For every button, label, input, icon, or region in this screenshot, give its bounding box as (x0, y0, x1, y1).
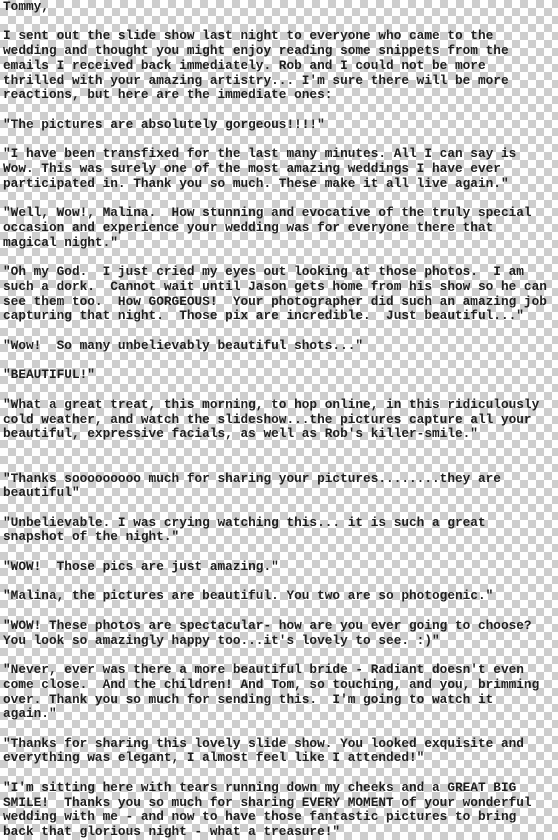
text-line (3, 442, 558, 457)
text-line: "Well, Wow!, Malina. How stunning and ev… (3, 206, 558, 221)
text-line: occasion and experience your wedding was… (3, 221, 558, 236)
text-line: everything was elegant, I almost feel li… (3, 751, 558, 766)
text-line: "WOW! Those pics are just amazing." (3, 560, 558, 575)
text-line: "Oh my God. I just cried my eyes out loo… (3, 265, 558, 280)
text-line: magical night." (3, 236, 558, 251)
text-line: "Thanks sooooooooo much for sharing your… (3, 472, 558, 487)
text-line: thrilled with your amazing artistry... I… (3, 74, 558, 89)
text-line (3, 604, 558, 619)
text-line: participated in. Thank you so much. Thes… (3, 177, 558, 192)
text-line: emails I received back immediately. Rob … (3, 59, 558, 74)
text-line: "Unbelievable. I was crying watching thi… (3, 516, 558, 531)
text-line (3, 15, 558, 30)
text-line (3, 575, 558, 590)
text-line (3, 133, 558, 148)
text-line (3, 383, 558, 398)
text-line (3, 324, 558, 339)
text-line: "Wow! So many unbelievably beautiful sho… (3, 339, 558, 354)
text-line (3, 501, 558, 516)
text-line (3, 192, 558, 207)
text-line: "I have been transfixed for the last man… (3, 147, 558, 162)
text-line: again." (3, 707, 558, 722)
text-line: "Malina, the pictures are beautiful. You… (3, 589, 558, 604)
text-line: beautiful" (3, 486, 558, 501)
text-line (3, 766, 558, 781)
letter-document: Tommy,I sent out the slide show last nig… (3, 0, 558, 840)
text-line: Tommy, (3, 0, 558, 15)
text-line (3, 103, 558, 118)
transparency-canvas: Tommy,I sent out the slide show last nig… (0, 0, 558, 840)
text-line: You look so amazingly happy too...it's l… (3, 634, 558, 649)
text-line: back that glorious night - what a treasu… (3, 825, 558, 840)
text-line: "Thanks for sharing this lovely slide sh… (3, 737, 558, 752)
text-line (3, 722, 558, 737)
text-line: SMILE! Thanks you so much for sharing EV… (3, 796, 558, 811)
text-line (3, 457, 558, 472)
text-line: wedding with me - and now to have those … (3, 810, 558, 825)
text-line: "The pictures are absolutely gorgeous!!!… (3, 118, 558, 133)
text-line: beautiful, expressive facials, as well a… (3, 427, 558, 442)
text-line: "WOW! These photos are spectacular- how … (3, 619, 558, 634)
text-line: capturing that night. Those pix are incr… (3, 309, 558, 324)
text-line: such a dork. Cannot wait until Jason get… (3, 280, 558, 295)
text-line: snapshot of the night." (3, 530, 558, 545)
text-line (3, 354, 558, 369)
text-line: "BEAUTIFUL!" (3, 368, 558, 383)
text-line: "Never, ever was there a more beautiful … (3, 663, 558, 678)
text-line (3, 250, 558, 265)
text-line: reactions, but here are the immediate on… (3, 88, 558, 103)
text-line: I sent out the slide show last night to … (3, 29, 558, 44)
text-line: come close. And the children! And Tom, s… (3, 678, 558, 693)
text-line: Wow. This was surely one of the most ama… (3, 162, 558, 177)
text-line: over. Thank you so much for sending this… (3, 693, 558, 708)
text-line: see them too. How GORGEOUS! Your photogr… (3, 295, 558, 310)
text-line: "I'm sitting here with tears running dow… (3, 781, 558, 796)
text-line: cold weather, and watch the slideshow...… (3, 413, 558, 428)
text-line (3, 545, 558, 560)
text-line: wedding and thought you might enjoy read… (3, 44, 558, 59)
text-line: "What a great treat, this morning, to ho… (3, 398, 558, 413)
text-line (3, 648, 558, 663)
